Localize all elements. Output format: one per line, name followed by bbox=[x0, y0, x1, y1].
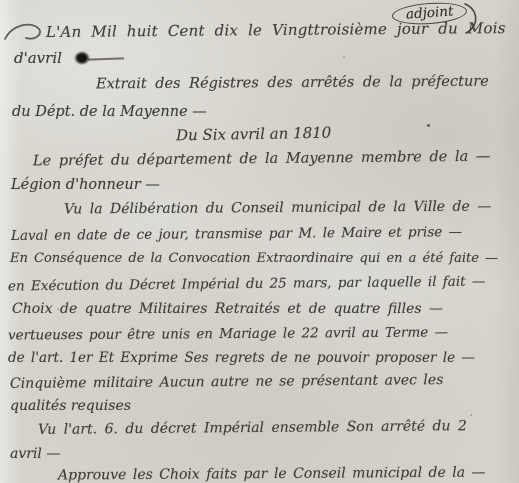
paper-speck bbox=[57, 308, 59, 310]
manuscript-line: Légion d'honneur — bbox=[11, 177, 160, 193]
manuscript-line: Vu l'art. 6. du décret Impérial ensemble… bbox=[38, 418, 467, 438]
manuscript-line-date: Du Six avril an 1810 bbox=[176, 124, 332, 145]
manuscript-line: d'avril bbox=[14, 49, 62, 67]
manuscript-line: vertueuses pour être unis en Mariage le … bbox=[8, 324, 448, 343]
manuscript-line: Choix de quatre Militaires Retraités et … bbox=[12, 301, 443, 317]
ink-dash bbox=[88, 57, 124, 60]
manuscript-line: Laval en date de ce jour, transmise par … bbox=[11, 224, 462, 244]
manuscript-line: Cinquième militaire Aucun autre ne se pr… bbox=[10, 372, 443, 392]
manuscript-line: qualités requises bbox=[10, 398, 131, 414]
paper-speck bbox=[470, 414, 472, 416]
manuscript-line: en Exécution du Décret Impérial du 25 ma… bbox=[8, 274, 486, 295]
manuscript-line: du Dépt. de la Mayenne — bbox=[12, 104, 207, 120]
manuscript-line: Le préfet du département de la Mayenne m… bbox=[33, 149, 490, 170]
paper-speck bbox=[427, 124, 430, 127]
manuscript-page: adjoint L'An Mil huit Cent dix le Vingtt… bbox=[0, 0, 519, 483]
manuscript-line-heading: Extrait des Régistres des arrêtés de la … bbox=[96, 74, 489, 93]
manuscript-line: En Conséquence de la Convocation Extraor… bbox=[10, 251, 498, 266]
paper-speck bbox=[343, 56, 345, 58]
manuscript-line: L'An Mil huit Cent dix le Vingttroisième… bbox=[46, 19, 506, 41]
manuscript-line: de l'art. 1er Et Exprime Ses regrets de … bbox=[8, 350, 475, 366]
opening-flourish bbox=[3, 17, 49, 45]
manuscript-line: Approuve les Choix faits par le Conseil … bbox=[58, 465, 486, 483]
manuscript-line: Vu la Délibération du Conseil municipal … bbox=[64, 199, 491, 218]
manuscript-line: avril — bbox=[10, 446, 60, 462]
